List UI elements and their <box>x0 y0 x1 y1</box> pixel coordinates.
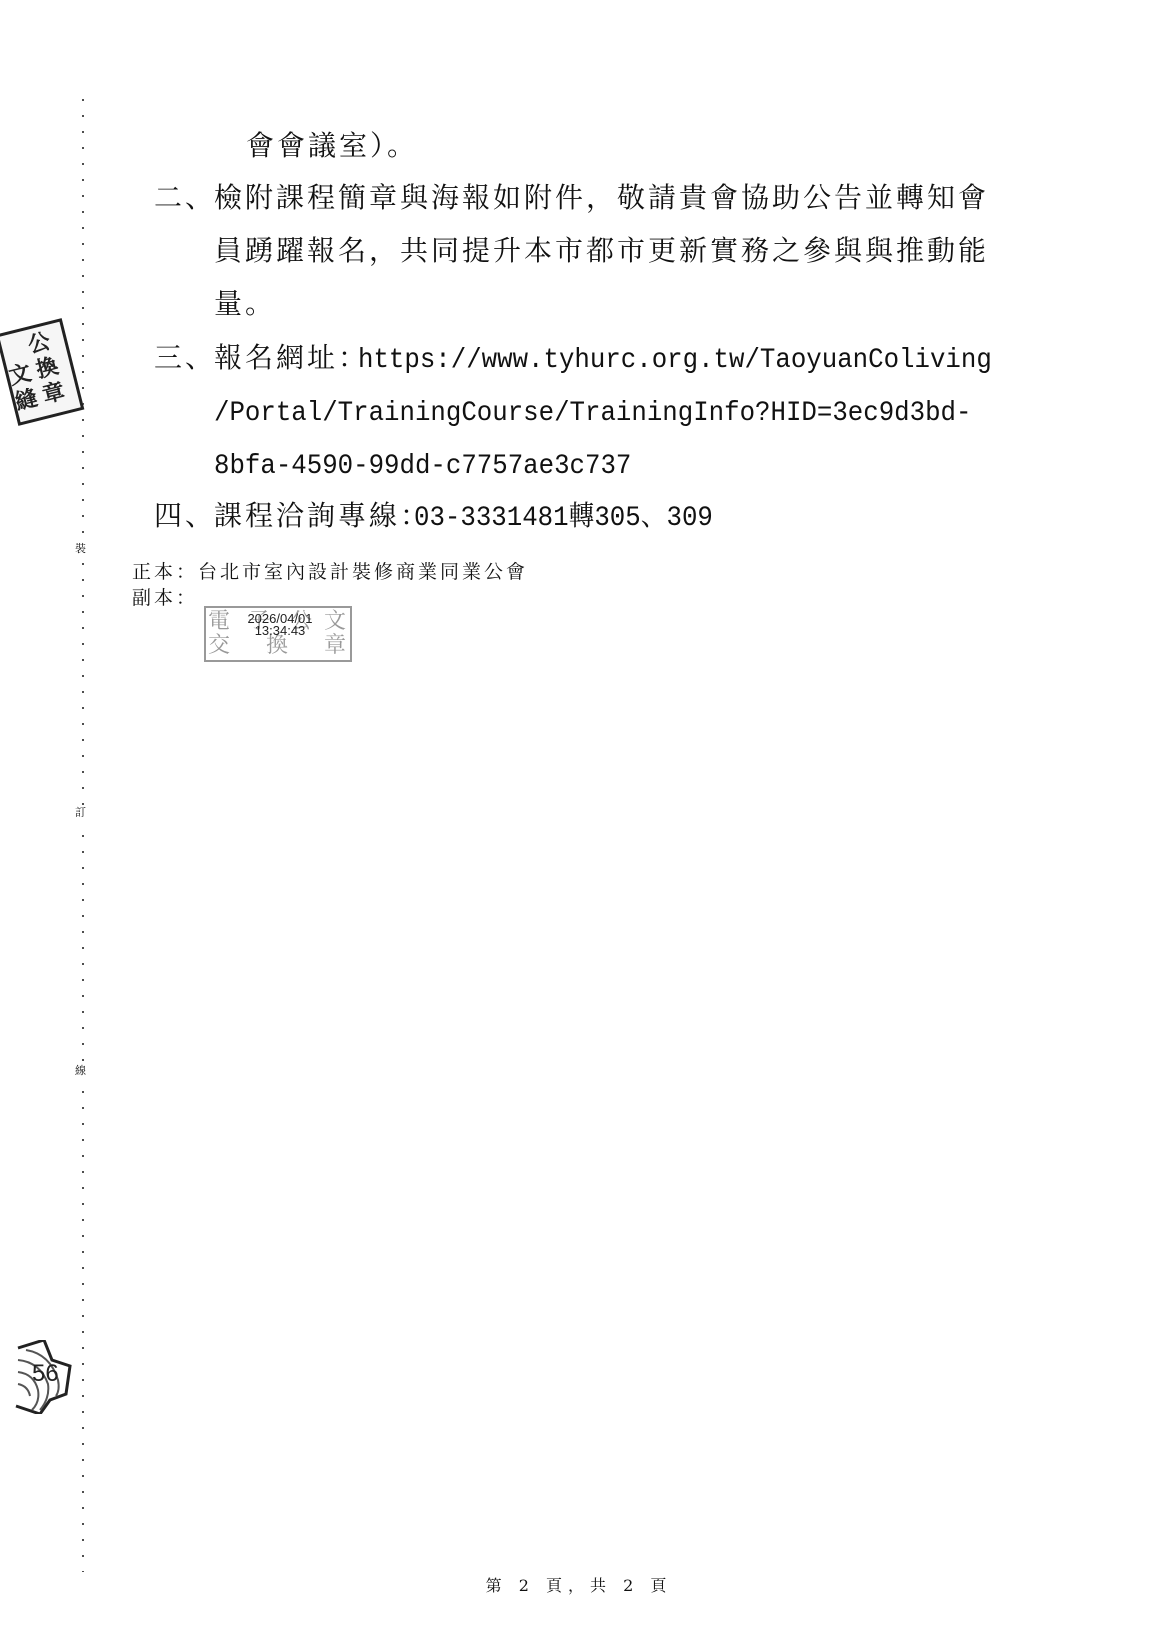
seal-stamp-icon: 56 <box>10 1340 80 1414</box>
item-2-line-1: 檢附課程簡章與海報如附件，敬請貴會協助公告並轉知會 <box>214 180 989 216</box>
seal-number: 56 <box>32 1360 59 1388</box>
item-2-marker: 二、 <box>154 180 216 216</box>
item-3-marker: 三、 <box>154 340 216 376</box>
item-4-label: 課程洽詢專線： <box>214 498 431 534</box>
original-recipient-value: 台北市室內設計裝修商業同業公會 <box>198 560 528 584</box>
binding-label-zhuang: 裝 <box>75 541 86 557</box>
stamp-time: 13:34:43 <box>240 624 320 637</box>
page-footer: 第 2 頁，共 2 頁 <box>0 1573 1158 1596</box>
registration-url-line-1[interactable]: https://www.tyhurc.org.tw/TaoyuanColivin… <box>358 340 1047 379</box>
exchange-seam-stamp-icon: 公 換 文 章 縫 <box>0 318 84 426</box>
item-2-line-2: 員踴躍報名，共同提升本市都市更新實務之參與與推動能 <box>214 233 989 269</box>
electronic-exchange-stamp: 電 子 公 文 交 換 章 2026/04/01 13:34:43 <box>204 606 352 662</box>
document-page: 裝 訂 線 公 換 文 章 縫 56 會會議室）。 二、 檢附課程簡章與海報如附… <box>0 0 1158 1649</box>
binding-label-ding: 訂 <box>75 805 86 821</box>
continuation-line: 會會議室）。 <box>246 128 418 164</box>
binding-margin-dotted-line <box>82 92 84 1572</box>
item-4-marker: 四、 <box>154 498 216 534</box>
contact-phone: 03-3331481轉305、309 <box>414 498 739 537</box>
registration-url-line-3[interactable]: 8bfa-4590-99dd-c7757ae3c737 <box>214 446 668 485</box>
original-recipient-label: 正本： <box>132 560 198 584</box>
copy-recipient-label: 副本： <box>132 586 198 610</box>
item-3-label: 報名網址： <box>214 340 369 376</box>
item-2-line-3: 量。 <box>214 286 276 322</box>
registration-url-line-2[interactable]: /Portal/TrainingCourse/TrainingInfo?HID=… <box>214 393 1037 432</box>
binding-label-xian: 線 <box>75 1063 86 1079</box>
